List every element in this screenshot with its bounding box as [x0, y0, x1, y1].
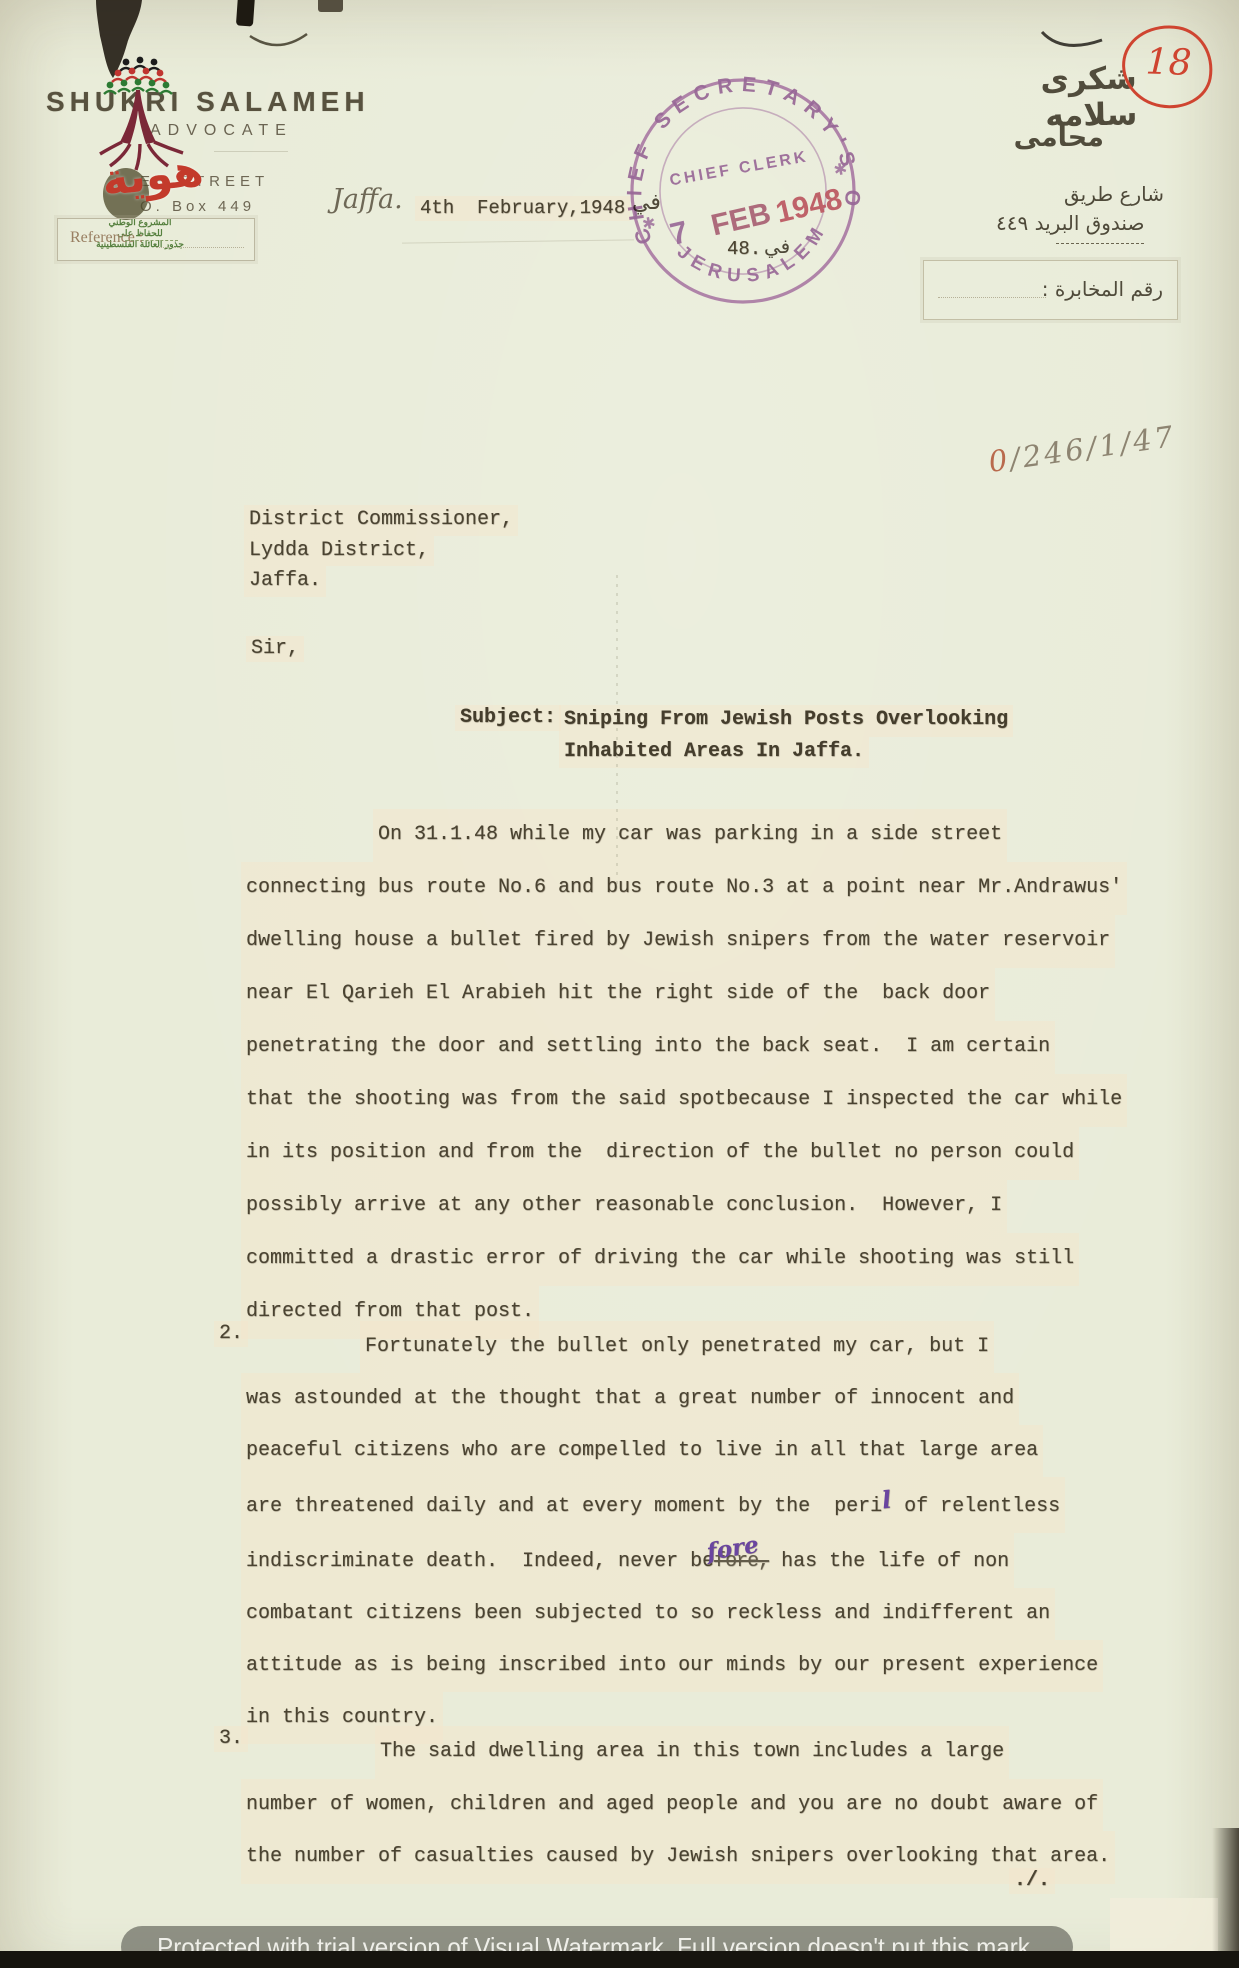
- paragraph-3-number: 3.: [219, 1726, 248, 1752]
- right-scan-edge: [1212, 1828, 1239, 1968]
- recipient-line: District Commissioner,: [249, 505, 518, 536]
- typed-line: connecting bus route No.6 and bus route …: [246, 862, 1127, 915]
- letterhead-rule: [214, 151, 288, 152]
- arabic-title: محامى: [1026, 122, 1104, 153]
- stamp-year: 1948: [773, 182, 845, 229]
- date-rule: [402, 239, 634, 243]
- arabic-pobox: صندوق البريد ٤٤٩: [996, 211, 1144, 235]
- paragraph-1: On 31.1.48 while my car was parking in a…: [246, 809, 1127, 1339]
- communication-number-box: رقم المخابرة :: [923, 260, 1178, 320]
- pen-stroke: [1042, 32, 1102, 45]
- logo-huwiyya-text: هوية: [100, 145, 206, 206]
- typed-line: in its position and from the direction o…: [246, 1127, 1127, 1180]
- logo-trunk: [120, 90, 156, 144]
- typed-line: Fortunately the bullet only penetrated m…: [246, 1321, 1103, 1373]
- paragraph-3: The said dwelling area in this town incl…: [246, 1726, 1115, 1884]
- typed-line: attitude as is being inscribed into our …: [246, 1640, 1103, 1692]
- letterhead-name: SHUKRI SALAMEH: [46, 86, 370, 118]
- pen-stroke: [250, 34, 307, 45]
- typed-line: combatant citizens been subjected to so …: [246, 1588, 1103, 1640]
- bottom-scan-edge: [0, 1951, 1239, 1968]
- typed-line: are threatened daily and at every moment…: [246, 1477, 1103, 1533]
- paragraph-2-number: 2.: [219, 1321, 248, 1347]
- typed-line: near El Qarieh El Arabieh hit the right …: [246, 968, 1127, 1021]
- typed-line: indiscriminate death. Indeed, never befo…: [246, 1533, 1103, 1588]
- typed-line: The said dwelling area in this town incl…: [246, 1726, 1115, 1779]
- recipient-block: District Commissioner, Lydda District, J…: [249, 505, 518, 597]
- paragraph-2: Fortunately the bullet only penetrated m…: [246, 1321, 1103, 1744]
- typed-line: that the shooting was from the said spot…: [246, 1074, 1127, 1127]
- stamp-day: 7: [667, 214, 692, 252]
- subject-text: Sniping From Jewish Posts Overlooking In…: [564, 705, 1013, 768]
- stamp-clerk-text: CHIEF CLERK: [668, 148, 809, 189]
- scanned-letter-page: SHUKRI SALAMEH ADVOCATE EH STREET O. Box…: [0, 0, 1239, 1968]
- recipient-line: Lydda District,: [249, 536, 518, 567]
- subject-label: Subject:: [460, 705, 561, 731]
- salutation: Sir,: [251, 636, 304, 662]
- communication-number-label: رقم المخابرة :: [1042, 277, 1163, 301]
- logo-figures: [104, 57, 172, 94]
- typed-line: committed a drastic error of driving the…: [246, 1233, 1127, 1286]
- chief-secretarys-office-stamp: CHIEF SECRETARY'S OFFICE JERUSALEM CHIEF…: [624, 72, 862, 310]
- letterhead-place: Jaffa.: [332, 184, 403, 215]
- fold-crease: [616, 575, 618, 885]
- typed-line: possibly arrive at any other reasonable …: [246, 1180, 1127, 1233]
- typed-line: was astounded at the thought that a grea…: [246, 1373, 1103, 1425]
- typed-line: number of women, children and aged peopl…: [246, 1779, 1115, 1832]
- stamp-month: FEB: [708, 197, 774, 243]
- dark-mark: [318, 0, 343, 12]
- typed-date: 4th February,1948: [420, 196, 630, 221]
- typed-line: peaceful citizens who are compelled to l…: [246, 1425, 1103, 1477]
- typed-line: penetrating the door and settling into t…: [246, 1021, 1127, 1074]
- stamp-star: ✱: [641, 215, 657, 234]
- handwritten-file-number: 0/246/1/47: [987, 419, 1178, 479]
- typed-line: the number of casualties caused by Jewis…: [246, 1831, 1115, 1884]
- dark-mark: [236, 0, 255, 27]
- recipient-line: Jaffa.: [249, 566, 518, 597]
- arabic-pobox-underline: [1056, 243, 1144, 244]
- communication-number-line: [938, 275, 1046, 298]
- reference-label: Reference :: [70, 229, 143, 247]
- reference-box: Reference :: [57, 218, 255, 261]
- reference-line: [156, 225, 244, 248]
- typed-line: dwelling house a bullet fired by Jewish …: [246, 915, 1127, 968]
- typed-line: On 31.1.48 while my car was parking in a…: [246, 809, 1127, 862]
- continuation-mark: ./.: [1014, 1868, 1055, 1894]
- light-patch: [1110, 1898, 1218, 1956]
- arabic-street: شارع طريق: [1064, 182, 1164, 206]
